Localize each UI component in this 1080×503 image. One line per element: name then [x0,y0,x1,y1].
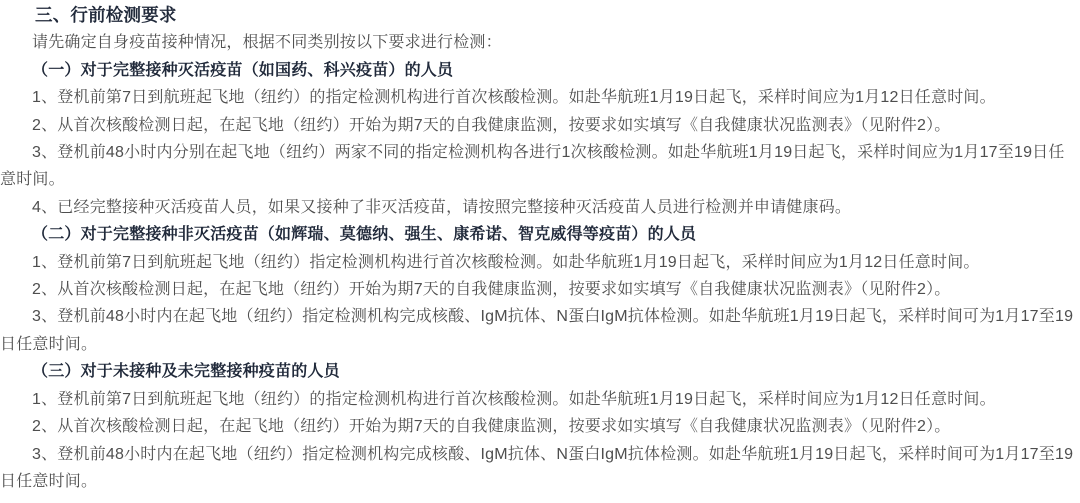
section-1-item-4: 4、已经完整接种灭活疫苗人员，如果又接种了非灭活疫苗，请按照完整接种灭活疫苗人员… [0,194,1080,221]
section-2-item-3: 3、登机前48小时内在起飞地（纽约）指定检测机构完成核酸、IgM抗体、N蛋白Ig… [0,303,1080,358]
section-1-item-3: 3、登机前48小时内分别在起飞地（纽约）两家不同的指定检测机构各进行1次核酸检测… [0,139,1080,194]
intro-text: 请先确定自身疫苗接种情况，根据不同类别按以下要求进行检测： [0,29,1080,56]
section-1-heading: （一）对于完整接种灭活疫苗（如国药、科兴疫苗）的人员 [0,57,1080,84]
page-title: 三、行前检测要求 [0,2,1080,29]
section-2-item-1: 1、登机前第7日到航班起飞地（纽约）指定检测机构进行首次核酸检测。如赴华航班1月… [0,249,1080,276]
section-3-item-3: 3、登机前48小时内在起飞地（纽约）指定检测机构完成核酸、IgM抗体、N蛋白Ig… [0,441,1080,496]
document-body: 三、行前检测要求 请先确定自身疫苗接种情况，根据不同类别按以下要求进行检测： （… [0,0,1080,495]
section-3-item-1: 1、登机前第7日到航班起飞地（纽约）的指定检测机构进行首次核酸检测。如赴华航班1… [0,386,1080,413]
section-1-item-2: 2、从首次核酸检测日起，在起飞地（纽约）开始为期7天的自我健康监测，按要求如实填… [0,112,1080,139]
section-1-item-1: 1、登机前第7日到航班起飞地（纽约）的指定检测机构进行首次核酸检测。如赴华航班1… [0,84,1080,111]
section-3-item-2: 2、从首次核酸检测日起，在起飞地（纽约）开始为期7天的自我健康监测，按要求如实填… [0,413,1080,440]
section-2-heading: （二）对于完整接种非灭活疫苗（如辉瑞、莫德纳、强生、康希诺、智克威得等疫苗）的人… [0,221,1080,248]
section-2-item-2: 2、从首次核酸检测日起，在起飞地（纽约）开始为期7天的自我健康监测，按要求如实填… [0,276,1080,303]
section-3-heading: （三）对于未接种及未完整接种疫苗的人员 [0,358,1080,385]
